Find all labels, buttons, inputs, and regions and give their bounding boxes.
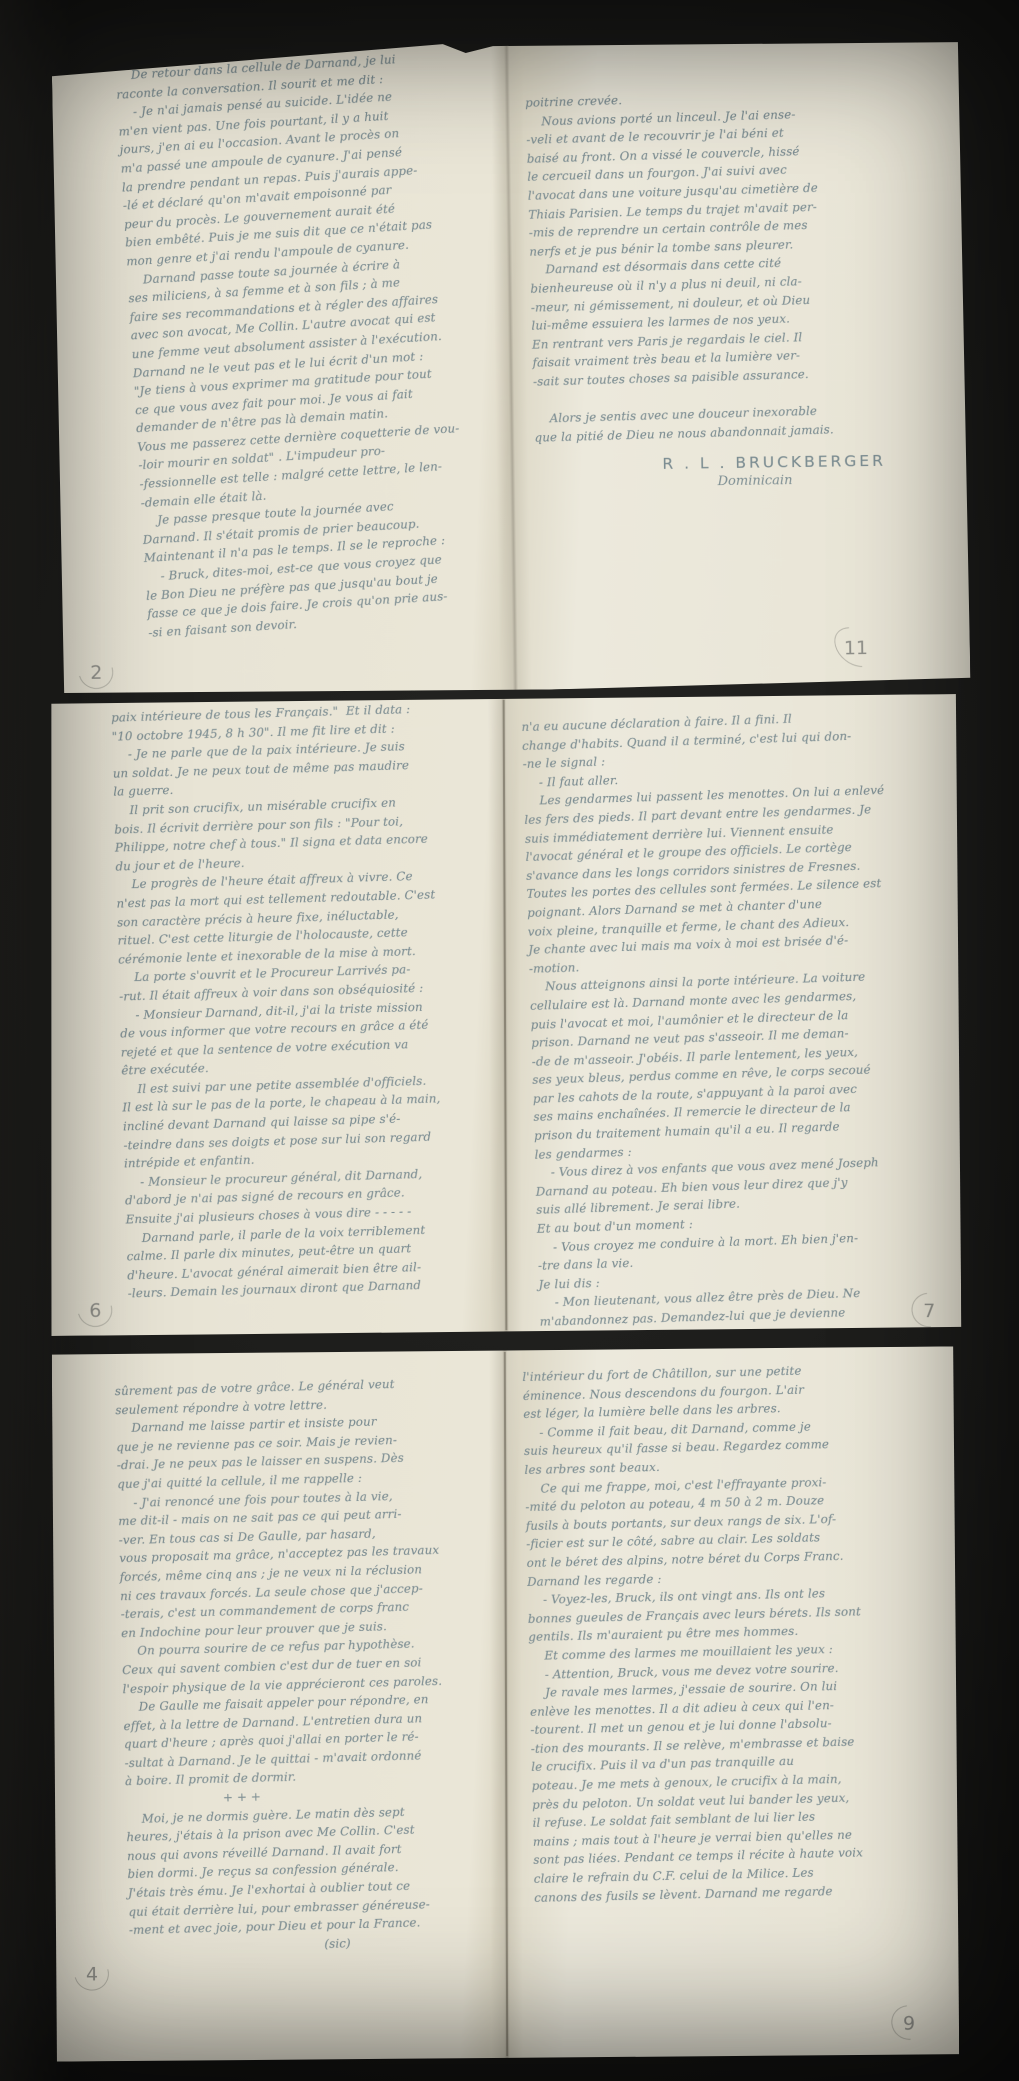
page-number-badge: 6 [89, 1300, 101, 1322]
handwritten-text: n'a eu aucune déclaration à faire. Il a … [521, 683, 964, 1331]
handwritten-text: sûrement pas de votre grâce. Le général … [114, 1341, 492, 1959]
page-number-badge: 9 [903, 2013, 915, 2035]
manuscript-spread-middle: paix intérieure de tous les Français." E… [49, 694, 962, 1336]
manuscript-page-7: n'a eu aucune déclaration à faire. Il a … [504, 694, 962, 1334]
manuscript-page-4: sûrement pas de votre grâce. Le général … [52, 1348, 507, 2062]
manuscript-page-11: poitrine crevée. Nous avions porté un li… [506, 34, 970, 690]
photo-background: De retour dans la cellule de Darnand, je… [0, 0, 1019, 2081]
page-surface: poitrine crevée. Nous avions porté un li… [506, 34, 970, 690]
page-surface: n'a eu aucune déclaration à faire. Il a … [504, 694, 962, 1334]
page-number-badge: 4 [86, 1963, 98, 1985]
handwritten-text: paix intérieure de tous les Français." E… [111, 688, 493, 1303]
handwritten-text: l'intérieur du fort de Châtillon, sur un… [521, 1338, 955, 1907]
page-number-badge: 2 [90, 662, 102, 684]
manuscript-page-6: paix intérieure de tous les Français." E… [49, 696, 507, 1336]
manuscript-page-2: De retour dans la cellule de Darnand, je… [52, 40, 516, 696]
signature-name: R . L . BRUCKBERGER [662, 451, 947, 473]
handwritten-text: De retour dans la cellule de Darnand, je… [114, 25, 514, 642]
manuscript-spread-bottom: sûrement pas de votre grâce. Le général … [52, 1346, 959, 2061]
page-surface: paix intérieure de tous les Français." E… [49, 696, 507, 1336]
signature-title: Dominicain [718, 471, 968, 489]
page-surface: l'intérieur du fort de Châtillon, sur un… [504, 1346, 959, 2060]
page-surface: De retour dans la cellule de Darnand, je… [52, 40, 516, 696]
page-number-badge: 7 [923, 1300, 935, 1322]
page-surface: sûrement pas de votre grâce. Le général … [52, 1348, 507, 2062]
handwritten-text: poitrine crevée. Nous avions porté un li… [523, 28, 958, 447]
page-number-badge: 11 [844, 637, 868, 659]
manuscript-page-9: l'intérieur du fort de Châtillon, sur un… [504, 1346, 959, 2060]
manuscript-spread-top: De retour dans la cellule de Darnand, je… [52, 34, 971, 697]
